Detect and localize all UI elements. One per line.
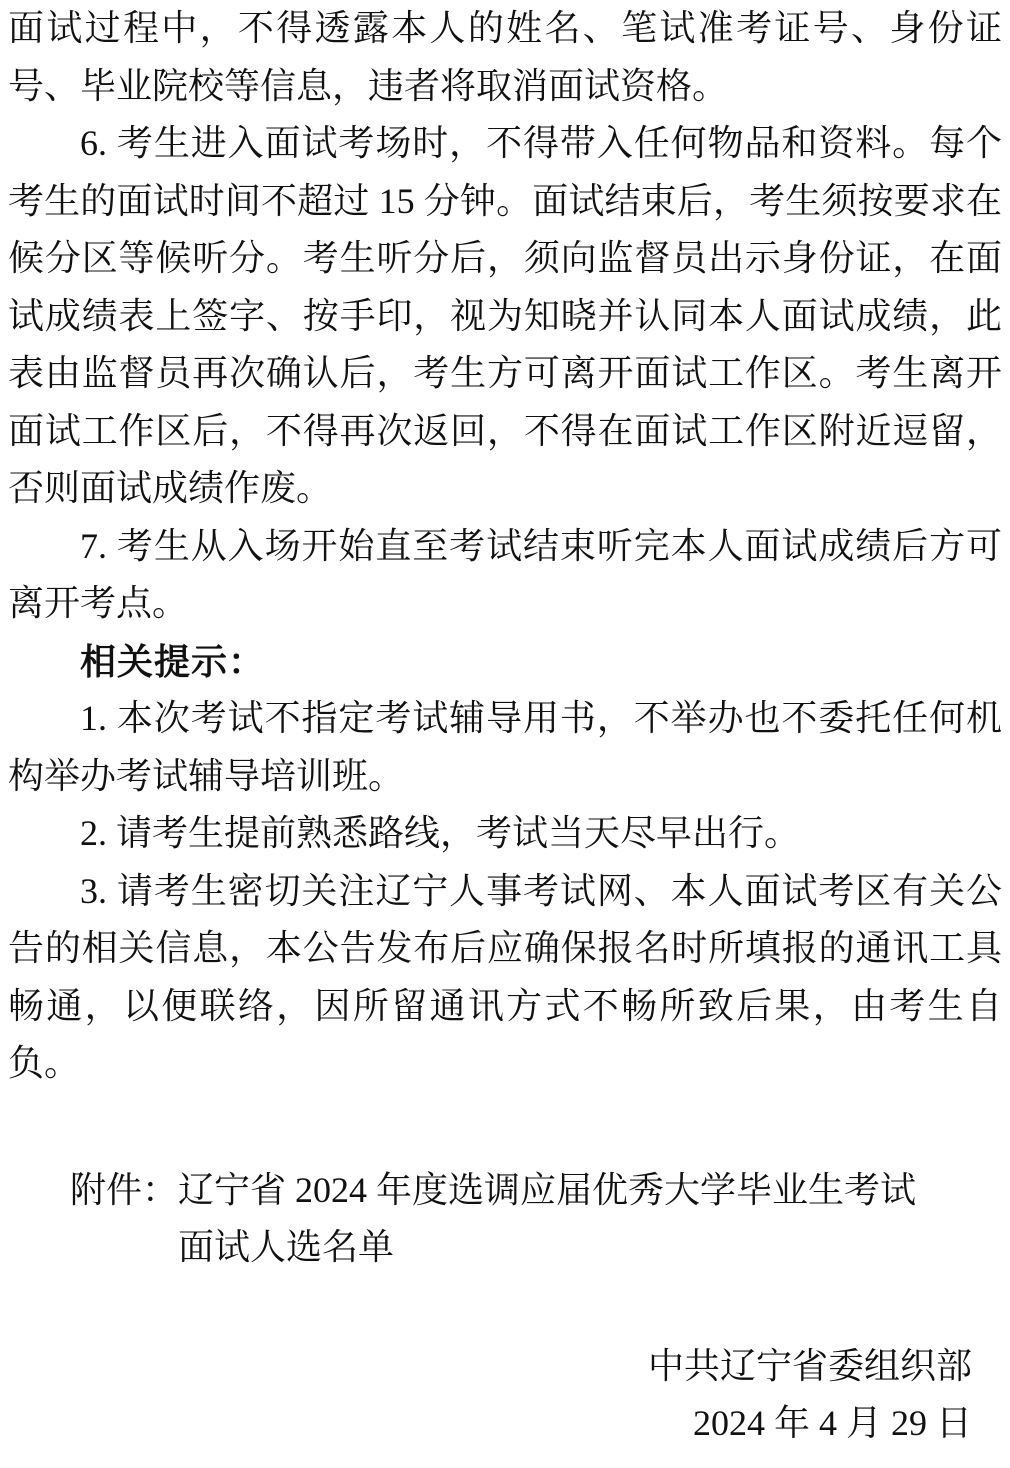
issue-date: 2024 年 4 月 29 日: [8, 1395, 972, 1453]
signature-block: 中共辽宁省委组织部 2024 年 4 月 29 日: [8, 1338, 1002, 1453]
document-page: 面试过程中，不得透露本人的姓名、笔试准考证号、身份证号、毕业院校等信息，违者将取…: [0, 0, 1010, 1468]
paragraph-item-7: 7. 考生从入场开始直至考试结束听完本人面试成绩后方可离开考点。: [8, 518, 1002, 633]
section-heading-related-tips: 相关提示：: [8, 633, 1002, 691]
notice-item-3: 3. 请考生密切关注辽宁人事考试网、本人面试考区有关公告的相关信息，本公告发布后…: [8, 863, 1002, 1093]
notice-item-2: 2. 请考生提前熟悉路线，考试当天尽早出行。: [8, 805, 1002, 863]
attachment-line: 附件： 辽宁省 2024 年度选调应届优秀大学毕业生考试面试人选名单: [8, 1162, 1002, 1277]
paragraph-item-6: 6. 考生进入面试考场时，不得带入任何物品和资料。每个考生的面试时间不超过 15…: [8, 115, 1002, 518]
attachment-title: 辽宁省 2024 年度选调应届优秀大学毕业生考试面试人选名单: [178, 1162, 928, 1277]
paragraph-continuation: 面试过程中，不得透露本人的姓名、笔试准考证号、身份证号、毕业院校等信息，违者将取…: [8, 0, 1002, 115]
attachment-label: 附件：: [70, 1162, 178, 1220]
notice-item-1: 1. 本次考试不指定考试辅导用书，不举办也不委托任何机构举办考试辅导培训班。: [8, 690, 1002, 805]
issuing-organization: 中共辽宁省委组织部: [8, 1338, 972, 1396]
